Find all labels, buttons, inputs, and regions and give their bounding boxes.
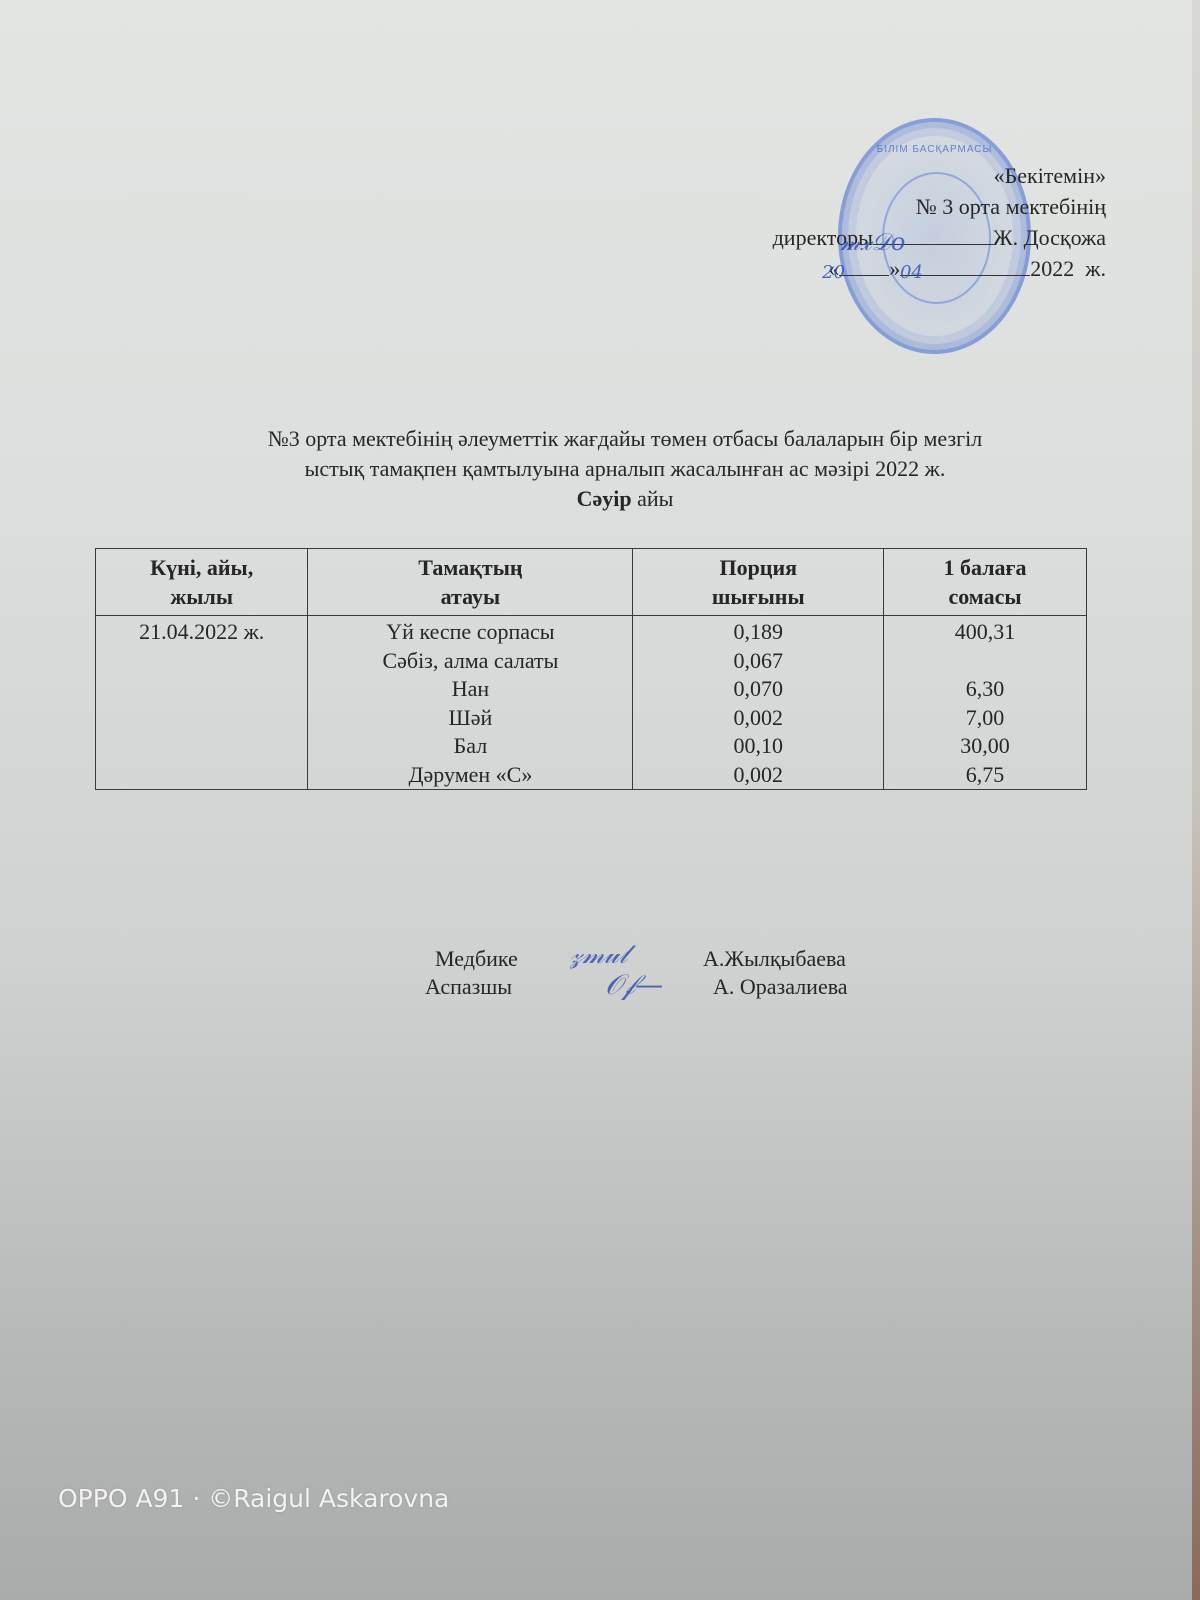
table-header-row: Күні, айы,жылы Тамақтыңатауы Порцияшығын…: [96, 549, 1087, 616]
cell-dish: Үй кеспе сорпасы: [308, 616, 633, 647]
signoff-name: А.Жылқыбаева: [703, 945, 846, 973]
cell-cost: 30,00: [884, 732, 1087, 761]
title-line-2: ыстық тамақпен қамтылуына арналып жасалы…: [150, 454, 1100, 484]
signoff-role: Аспазшы: [425, 973, 553, 1001]
cell-cost: 6,75: [884, 761, 1087, 790]
cook-signature: 𝒪𝒻—: [605, 968, 663, 1002]
cell-date: [96, 704, 308, 733]
document-title: №3 орта мектебінің әлеуметтік жағдайы тө…: [150, 424, 1100, 514]
table-row: Бал 00,10 30,00: [96, 732, 1087, 761]
date-day-line: [839, 255, 889, 276]
cell-portion: 0,002: [633, 761, 884, 790]
date-year: 2022 ж.: [1030, 256, 1106, 281]
title-month: Сәуір айы: [150, 484, 1100, 514]
cell-cost: 6,30: [884, 675, 1087, 704]
header-cost: 1 балағасомасы: [884, 549, 1087, 616]
cell-portion: 0,067: [633, 647, 884, 676]
director-name: Ж. Досқожа: [993, 225, 1106, 250]
approval-school: № 3 орта мектебінің: [773, 191, 1106, 222]
cell-cost: 7,00: [884, 704, 1087, 733]
cell-date: [96, 675, 308, 704]
table-row: Сәбіз, алма салаты 0,067: [96, 647, 1087, 676]
date-close-quote: »: [889, 256, 900, 281]
camera-watermark: OPPO A91 · ©Raigul Askarovna: [58, 1484, 449, 1513]
cell-dish: Бал: [308, 732, 633, 761]
cell-dish: Дәрумен «С»: [308, 761, 633, 790]
title-line-1: №3 орта мектебінің әлеуметтік жағдайы тө…: [150, 424, 1100, 454]
cell-date: [96, 647, 308, 676]
stamp-text: БІЛІМ БАСҚАРМАСЫ: [842, 144, 1027, 155]
cell-dish: Нан: [308, 675, 633, 704]
table-row: Нан 0,070 6,30: [96, 675, 1087, 704]
date-day-handwritten: 20: [822, 262, 845, 283]
cell-portion: 0,002: [633, 704, 884, 733]
cell-date: [96, 732, 308, 761]
month-name: Сәуір: [577, 486, 632, 511]
table-row: Дәрумен «С» 0,002 6,75: [96, 761, 1087, 790]
cell-dish: Шәй: [308, 704, 633, 733]
date-month-handwritten: 04: [900, 262, 923, 283]
cell-dish: Сәбіз, алма салаты: [308, 647, 633, 676]
director-signature: 𝓂𝓍𝒟𝑜: [840, 228, 905, 256]
cell-portion: 0,070: [633, 675, 884, 704]
cell-date: [96, 761, 308, 790]
month-suffix: айы: [637, 486, 673, 511]
signoff-role: Медбике: [425, 945, 553, 973]
cell-cost: [884, 647, 1087, 676]
approval-director-line: директорыЖ. Досқожа: [773, 222, 1106, 253]
signoff-name: А. Оразалиева: [713, 973, 848, 1001]
header-portion: Порцияшығыны: [633, 549, 884, 616]
cell-portion: 0,189: [633, 616, 884, 647]
menu-table: Күні, айы,жылы Тамақтыңатауы Порцияшығын…: [95, 548, 1087, 790]
paper-edge: [1192, 0, 1200, 1600]
header-date: Күні, айы,жылы: [96, 549, 308, 616]
cell-date: 21.04.2022 ж.: [96, 616, 308, 647]
table-row: 21.04.2022 ж. Үй кеспе сорпасы 0,189 400…: [96, 616, 1087, 647]
header-dish: Тамақтыңатауы: [308, 549, 633, 616]
approval-heading: «Бекітемін»: [773, 160, 1106, 191]
cell-portion: 00,10: [633, 732, 884, 761]
cell-cost: 400,31: [884, 616, 1087, 647]
nurse-signature: 𝓏𝓂𝓊𝓁: [570, 940, 627, 971]
table-row: Шәй 0,002 7,00: [96, 704, 1087, 733]
